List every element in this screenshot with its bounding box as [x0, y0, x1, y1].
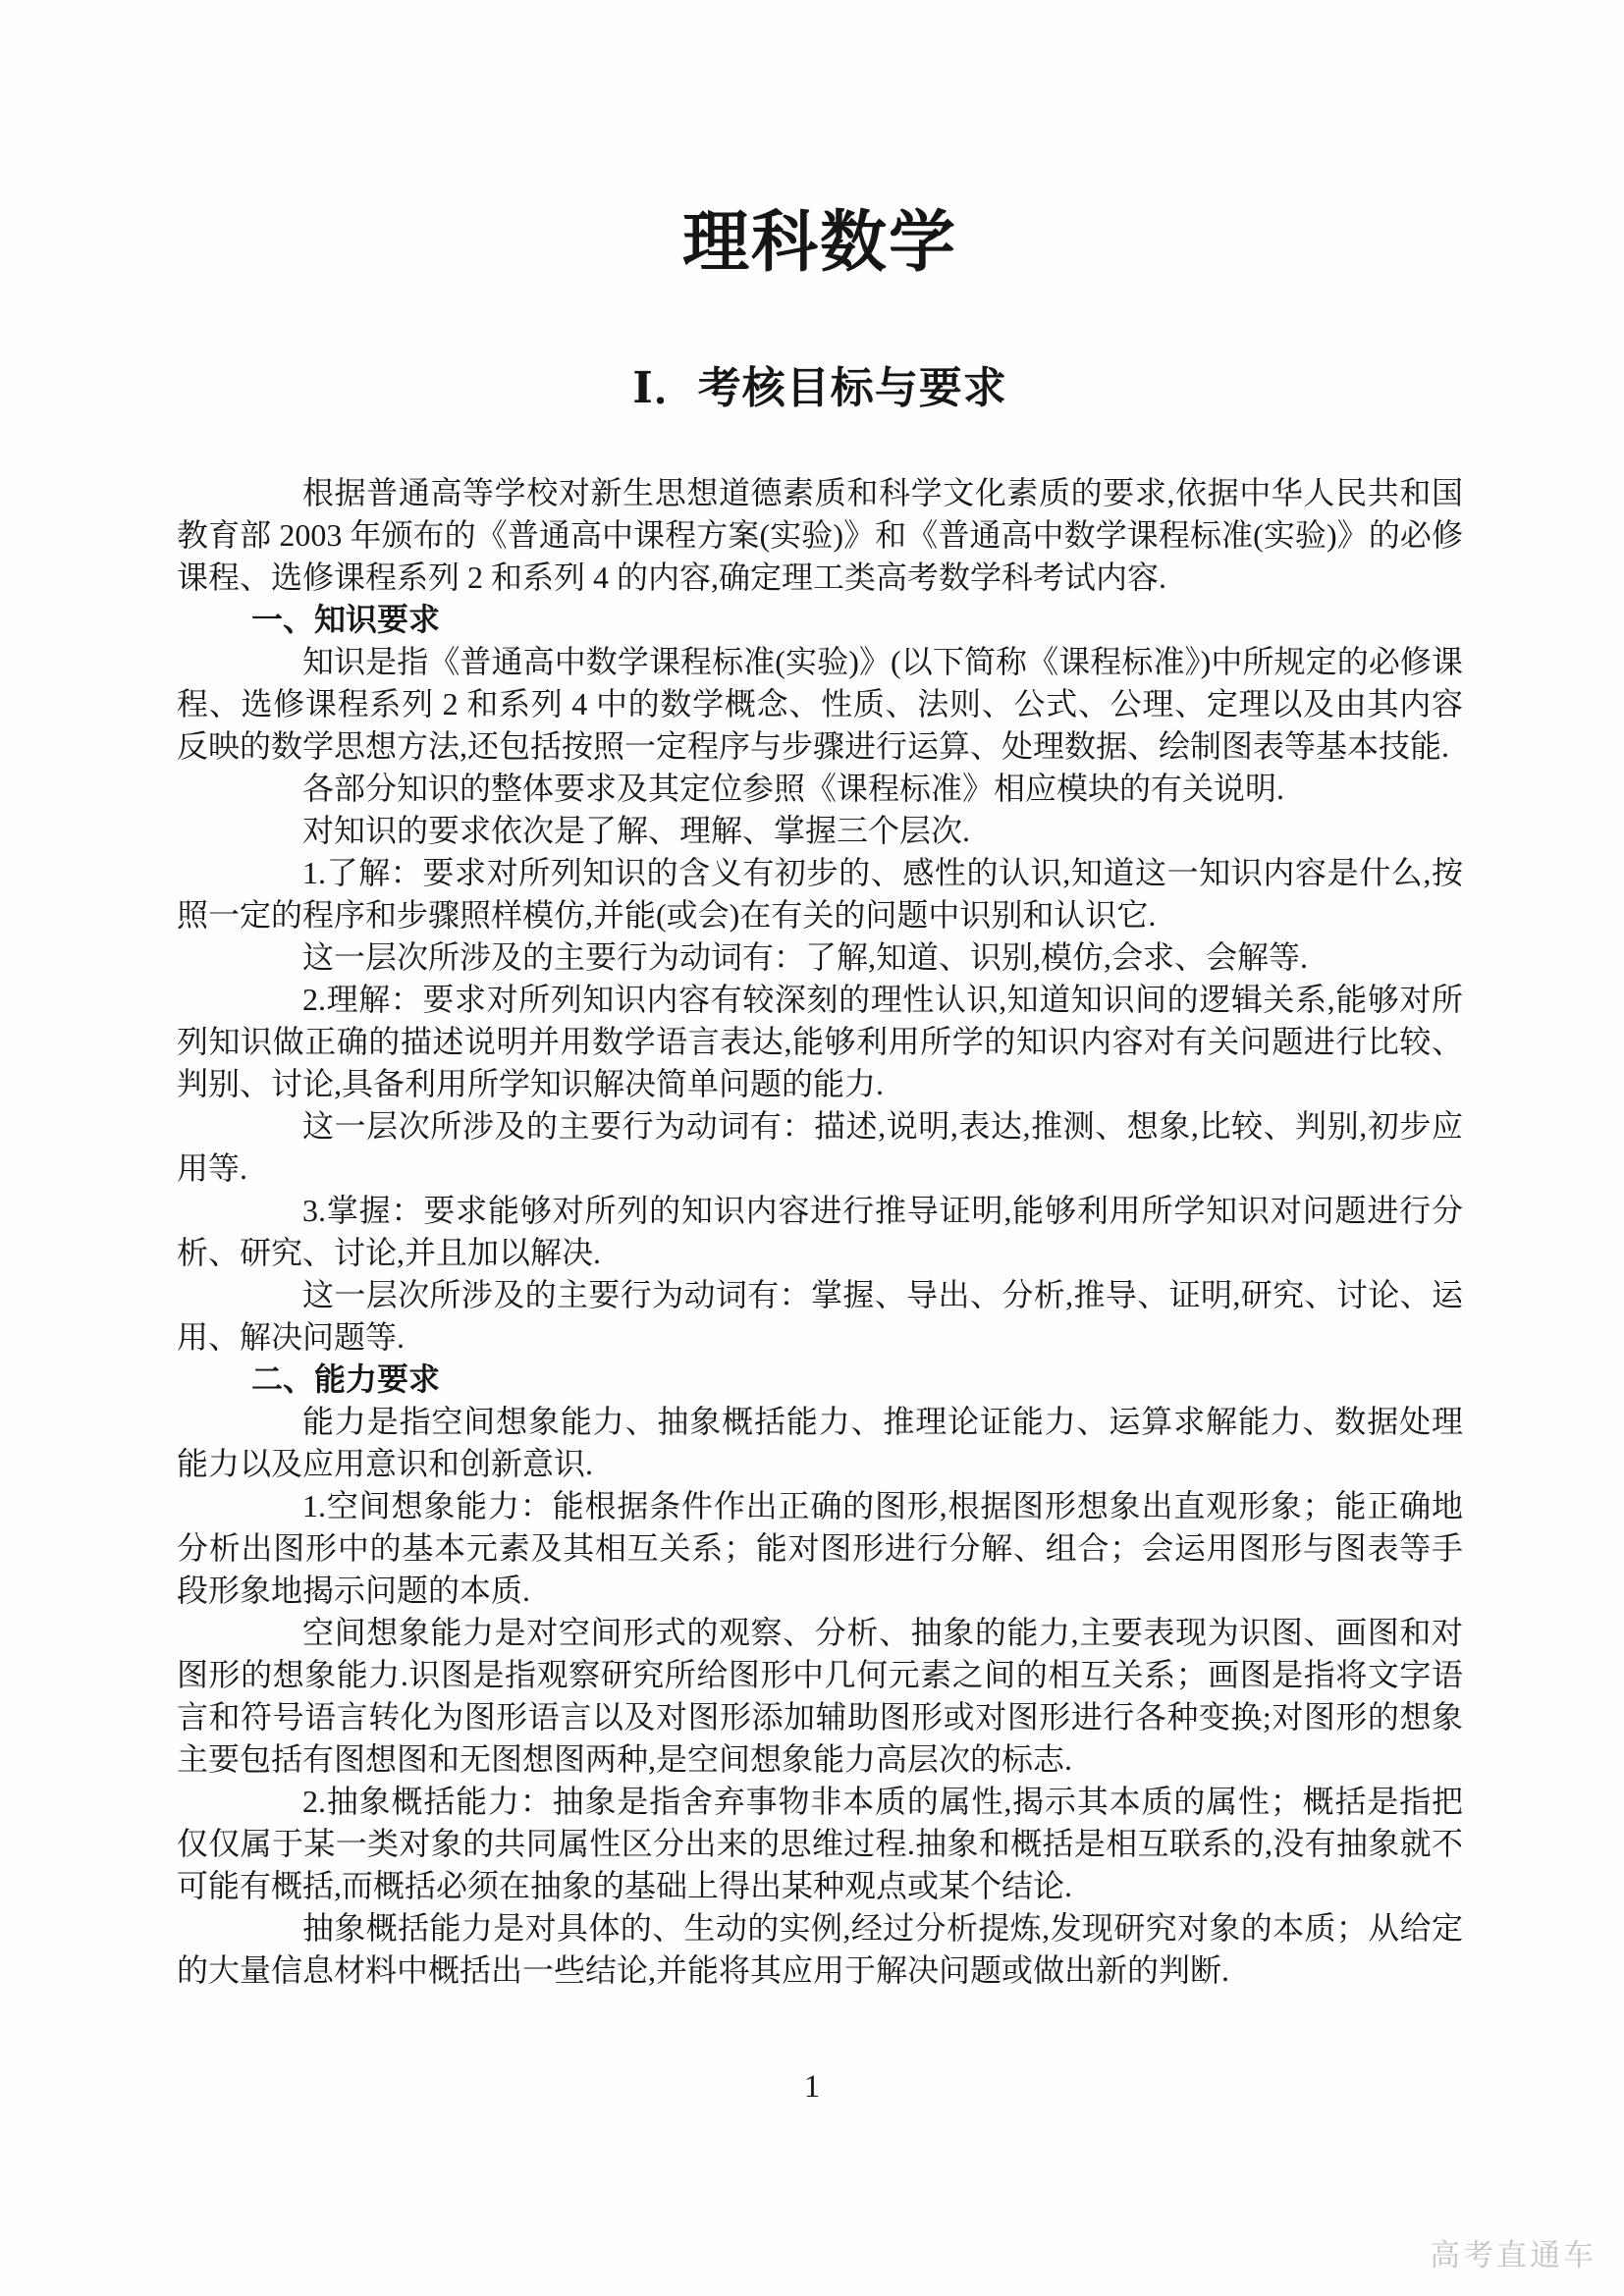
body-paragraph: 空间想象能力是对空间形式的观察、分析、抽象的能力,主要表现为识图、画图和对图形的… — [177, 1612, 1463, 1781]
body-paragraph: 3.掌握：要求能够对所列的知识内容进行推导证明,能够利用所学知识对问题进行分析、… — [177, 1190, 1463, 1274]
document-title: 理科数学 — [177, 204, 1463, 281]
document-page: 理科数学 Ⅰ．考核目标与要求 根据普通高等学校对新生思想道德素质和科学文化素质的… — [0, 0, 1624, 2296]
body-paragraph: 对知识的要求依次是了解、理解、掌握三个层次. — [177, 810, 1463, 852]
section-subheading: 一、知识要求 — [177, 599, 1463, 641]
body-paragraph: 这一层次所涉及的主要行为动词有：掌握、导出、分析,推导、证明,研究、讨论、运用、… — [177, 1274, 1463, 1359]
page-number: 1 — [0, 2069, 1624, 2106]
document-body: 根据普通高等学校对新生思想道德素质和科学文化素质的要求,依据中华人民共和国教育部… — [177, 472, 1463, 1992]
watermark: 高考直通车 — [1430, 2230, 1597, 2274]
body-paragraph: 知识是指《普通高中数学课程标准(实验)》(以下简称《课程标准》)中所规定的必修课… — [177, 641, 1463, 768]
body-paragraph: 根据普通高等学校对新生思想道德素质和科学文化素质的要求,依据中华人民共和国教育部… — [177, 472, 1463, 599]
section-subheading: 二、能力要求 — [177, 1359, 1463, 1401]
body-paragraph: 各部分知识的整体要求及其定位参照《课程标准》相应模块的有关说明. — [177, 768, 1463, 810]
section-heading: Ⅰ．考核目标与要求 — [177, 364, 1463, 414]
body-paragraph: 1.空间想象能力：能根据条件作出正确的图形,根据图形想象出直观形象；能正确地分析… — [177, 1485, 1463, 1612]
body-paragraph: 这一层次所涉及的主要行为动词有：描述,说明,表达,推测、想象,比较、判别,初步应… — [177, 1105, 1463, 1190]
body-paragraph: 2.抽象概括能力：抽象是指舍弃事物非本质的属性,揭示其本质的属性；概括是指把仅仅… — [177, 1781, 1463, 1907]
body-paragraph: 能力是指空间想象能力、抽象概括能力、推理论证能力、运算求解能力、数据处理能力以及… — [177, 1401, 1463, 1485]
body-paragraph: 2.理解：要求对所列知识内容有较深刻的理性认识,知道知识间的逻辑关系,能够对所列… — [177, 979, 1463, 1105]
body-paragraph: 这一层次所涉及的主要行为动词有：了解,知道、识别,模仿,会求、会解等. — [177, 936, 1463, 979]
body-paragraph: 1.了解：要求对所列知识的含义有初步的、感性的认识,知道这一知识内容是什么,按照… — [177, 852, 1463, 936]
body-paragraph: 抽象概括能力是对具体的、生动的实例,经过分析提炼,发现研究对象的本质；从给定的大… — [177, 1907, 1463, 1992]
